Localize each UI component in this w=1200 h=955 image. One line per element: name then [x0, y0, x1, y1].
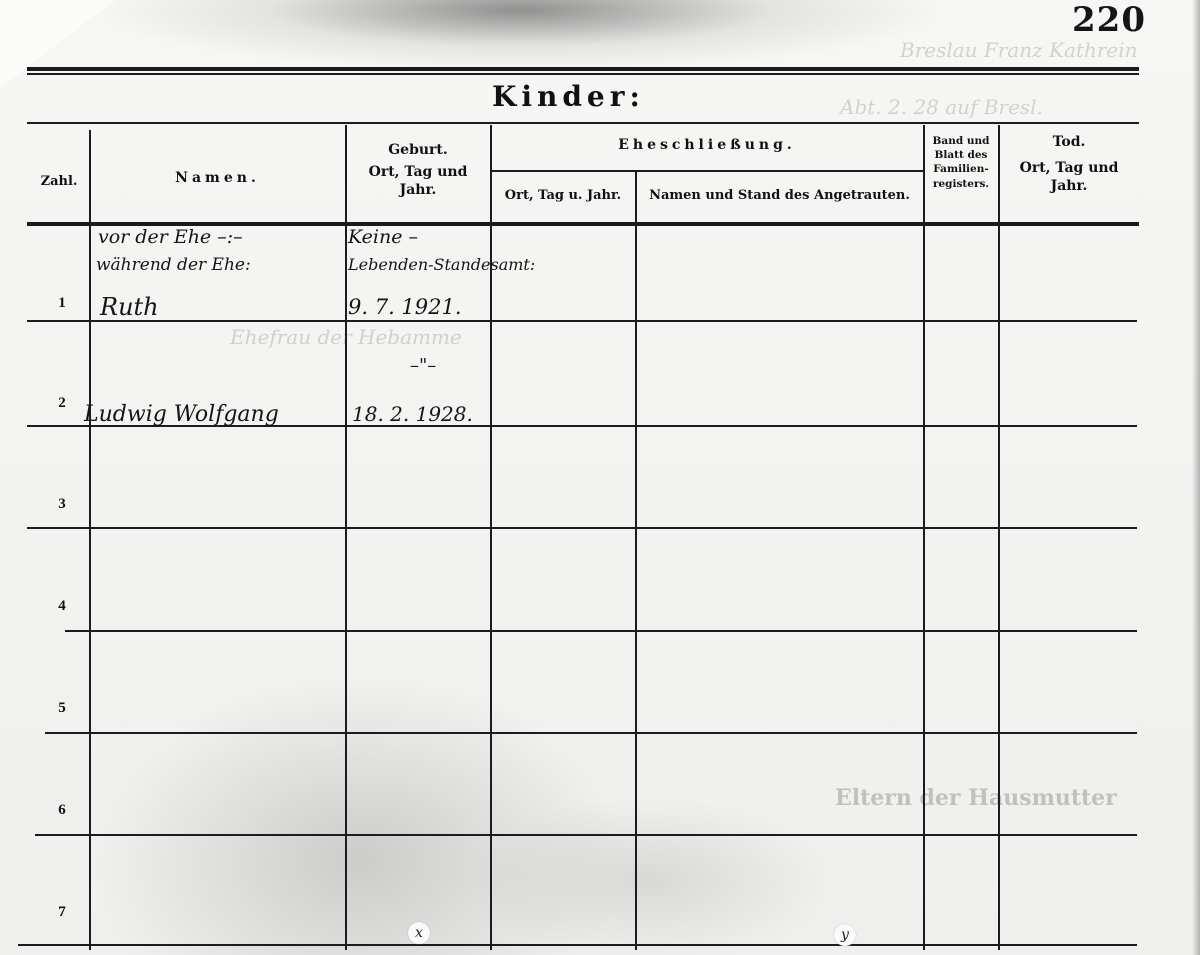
column-divider: [998, 125, 1000, 950]
page-number: 220: [1072, 0, 1146, 40]
folded-corner: [0, 0, 115, 88]
header-band-blatt: Band und Blatt des Familien-registers.: [928, 134, 994, 191]
child-name: Ludwig Wolfgang: [84, 402, 279, 427]
bleed-through-heading: Eltern der Hausmutter: [835, 785, 1117, 811]
column-divider: [923, 125, 925, 950]
top-thick-rule: [27, 67, 1139, 71]
hole-mark: y: [834, 924, 856, 946]
column-divider: [490, 125, 492, 950]
header-namen: Namen.: [90, 170, 345, 188]
child-name: Ruth: [100, 293, 159, 321]
child-birth-date: 9. 7. 1921.: [348, 295, 462, 319]
header-ehe-namen-stand: Namen und Stand des Angetrauten.: [636, 188, 923, 204]
row-number: 6: [47, 802, 77, 819]
header-tod-title: Tod.: [999, 134, 1139, 152]
child-birth-date: 18. 2. 1928.: [352, 402, 473, 426]
column-divider: [345, 125, 347, 950]
birth-ditto-mark: –"–: [410, 355, 436, 376]
row-separator: [65, 630, 1137, 632]
header-geburt-title: Geburt.: [346, 142, 490, 160]
row-separator: [27, 527, 1137, 529]
eheschliessung-sub-line: [490, 170, 923, 172]
row-number: 1: [47, 295, 77, 312]
page-edge-shadow: [1192, 0, 1200, 955]
top-thin-rule: [27, 73, 1139, 75]
header-ehe-ort-tag-jahr: Ort, Tag u. Jahr.: [491, 188, 635, 204]
row-number: 7: [47, 904, 77, 921]
row-separator: [18, 944, 1137, 946]
preamble-birth-line2: Lebenden-Standesamt:: [348, 255, 535, 274]
register-page: Breslau Franz Kathrein Abt. 2. 28 auf Br…: [0, 0, 1200, 955]
header-tod-sub: Ort, Tag und Jahr.: [1010, 160, 1128, 195]
preamble-name-line1: vor der Ehe –:–: [98, 226, 243, 248]
header-top-line: [27, 122, 1139, 124]
row-number: 4: [47, 598, 77, 615]
row-separator: [27, 320, 1137, 322]
section-title: Kinder:: [492, 80, 645, 113]
preamble-birth-line1: Keine –: [348, 226, 418, 248]
header-eheschliessung: Eheschließung.: [491, 137, 923, 155]
row-number: 3: [47, 496, 77, 513]
header-bottom-rule: [27, 222, 1139, 226]
row-separator: [35, 834, 1137, 836]
header-geburt-sub: Ort, Tag und Jahr.: [356, 164, 480, 199]
bleed-through-text: Abt. 2. 28 auf Bresl.: [840, 95, 1043, 119]
hole-mark: x: [408, 922, 430, 944]
row-separator: [45, 732, 1137, 734]
header-zahl: Zahl.: [30, 174, 88, 190]
bleed-through-text: Breslau Franz Kathrein: [900, 38, 1138, 62]
column-divider: [89, 130, 91, 950]
row-number: 2: [47, 395, 77, 412]
preamble-name-line2: während der Ehe:: [96, 255, 251, 275]
row-number: 5: [47, 700, 77, 717]
